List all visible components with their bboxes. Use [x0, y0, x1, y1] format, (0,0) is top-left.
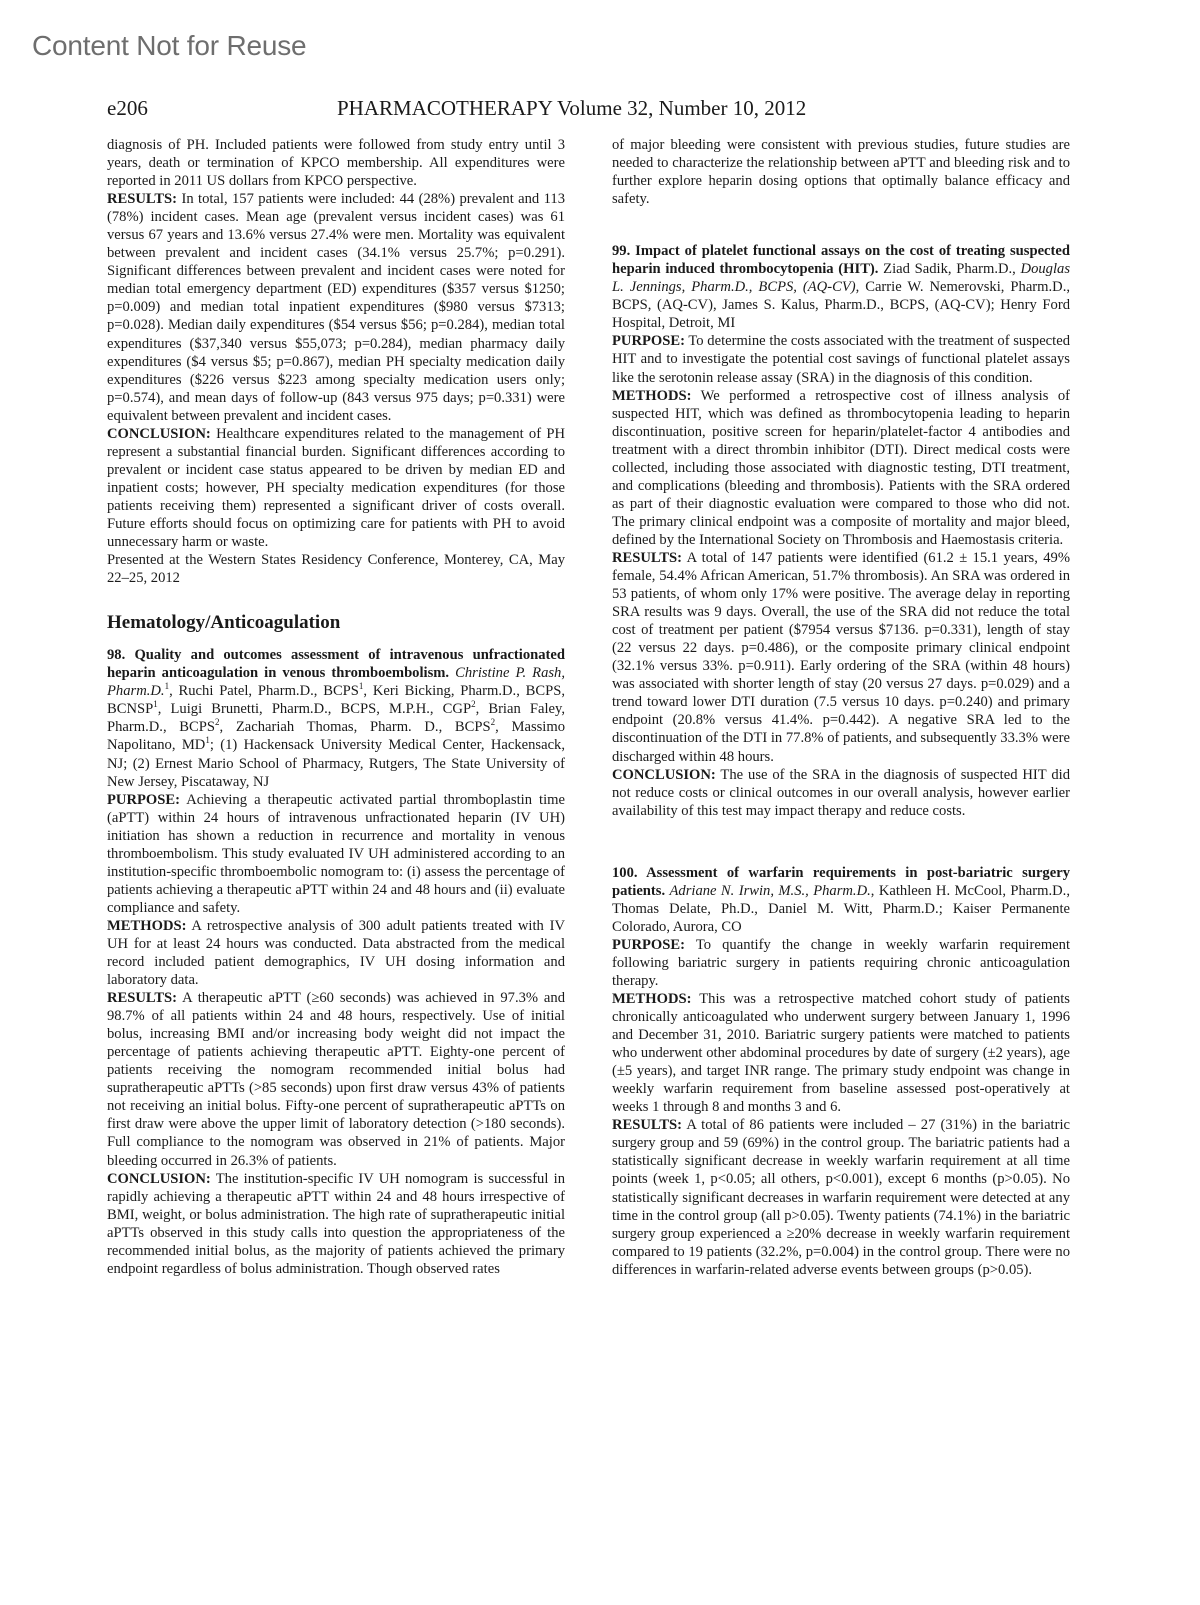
presented-note: Presented at the Western States Residenc…: [107, 551, 565, 587]
abstract-100: 100. Assessment of warfarin requirements…: [612, 864, 1070, 1279]
methods-paragraph: METHODS: This was a retrospective matche…: [612, 990, 1070, 1116]
abstract-98-continuation: of major bleeding were consistent with p…: [612, 136, 1070, 208]
results-text: A total of 147 patients were identified …: [612, 550, 1070, 765]
spacer: [612, 208, 1070, 242]
abstract-98-header: 98. Quality and outcomes assessment of i…: [107, 646, 565, 790]
results-label: RESULTS:: [107, 191, 177, 207]
purpose-label: PURPOSE:: [107, 792, 180, 808]
results-label: RESULTS:: [107, 990, 177, 1006]
page-number: e206: [107, 96, 148, 121]
purpose-label: PURPOSE:: [612, 333, 685, 349]
purpose-paragraph: PURPOSE: To quantify the change in weekl…: [612, 936, 1070, 990]
purpose-paragraph: PURPOSE: To determine the costs associat…: [612, 332, 1070, 386]
results-text: A therapeutic aPTT (≥60 seconds) was ach…: [107, 990, 565, 1168]
conclusion-text: Healthcare expenditures related to the m…: [107, 426, 565, 550]
abstract-99-header: 99. Impact of platelet functional assays…: [612, 242, 1070, 332]
conclusion-paragraph: CONCLUSION: Healthcare expenditures rela…: [107, 425, 565, 551]
author: , Zachariah Thomas, Pharm. D., BCPS: [219, 719, 490, 735]
running-header: e206 PHARMACOTHERAPY Volume 32, Number 1…: [107, 96, 842, 126]
results-label: RESULTS:: [612, 550, 682, 566]
results-text: In total, 157 patients were included: 44…: [107, 191, 565, 424]
conclusion-label: CONCLUSION:: [107, 1171, 211, 1187]
conclusion-paragraph: CONCLUSION: The institution-specific IV …: [107, 1170, 565, 1278]
results-paragraph: RESULTS: A therapeutic aPTT (≥60 seconds…: [107, 989, 565, 1169]
results-paragraph: RESULTS: A total of 147 patients were id…: [612, 549, 1070, 766]
results-paragraph: RESULTS: A total of 86 patients were inc…: [612, 1116, 1070, 1278]
methods-label: METHODS:: [612, 991, 691, 1007]
results-text: A total of 86 patients were included – 2…: [612, 1117, 1070, 1277]
purpose-text: Achieving a therapeutic activated partia…: [107, 792, 565, 916]
presenting-author: Adriane N. Irwin, M.S., Pharm.D.: [670, 883, 871, 899]
intro-text: diagnosis of PH. Included patients were …: [107, 136, 565, 190]
conclusion-paragraph: CONCLUSION: The use of the SRA in the di…: [612, 766, 1070, 820]
results-label: RESULTS:: [612, 1117, 682, 1133]
methods-paragraph: METHODS: A retrospective analysis of 300…: [107, 917, 565, 989]
right-column: of major bleeding were consistent with p…: [612, 136, 1070, 1279]
methods-text: We performed a retrospective cost of ill…: [612, 388, 1070, 548]
watermark: Content Not for Reuse: [32, 30, 306, 62]
methods-label: METHODS:: [107, 918, 186, 934]
results-paragraph: RESULTS: In total, 157 patients were inc…: [107, 190, 565, 425]
author: , Luigi Brunetti, Pharm.D., BCPS, M.P.H.…: [158, 701, 471, 717]
author: , Ruchi Patel, Pharm.D., BCPS: [169, 683, 359, 699]
author: Ziad Sadik, Pharm.D.,: [878, 261, 1020, 277]
left-column: diagnosis of PH. Included patients were …: [107, 136, 565, 1278]
abstract-99: 99. Impact of platelet functional assays…: [612, 242, 1070, 820]
conclusion-label: CONCLUSION:: [107, 426, 211, 442]
purpose-label: PURPOSE:: [612, 937, 685, 953]
methods-paragraph: METHODS: We performed a retrospective co…: [612, 387, 1070, 549]
methods-label: METHODS:: [612, 388, 691, 404]
methods-text: This was a retrospective matched cohort …: [612, 991, 1070, 1115]
conclusion-label: CONCLUSION:: [612, 767, 716, 783]
abstract-100-header: 100. Assessment of warfarin requirements…: [612, 864, 1070, 936]
abstract-97-continuation: diagnosis of PH. Included patients were …: [107, 136, 565, 587]
section-heading: Hematology/Anticoagulation: [107, 614, 565, 632]
journal-title: PHARMACOTHERAPY Volume 32, Number 10, 20…: [337, 96, 806, 121]
abstract-98: 98. Quality and outcomes assessment of i…: [107, 646, 565, 1278]
purpose-paragraph: PURPOSE: Achieving a therapeutic activat…: [107, 791, 565, 917]
spacer: [612, 820, 1070, 864]
